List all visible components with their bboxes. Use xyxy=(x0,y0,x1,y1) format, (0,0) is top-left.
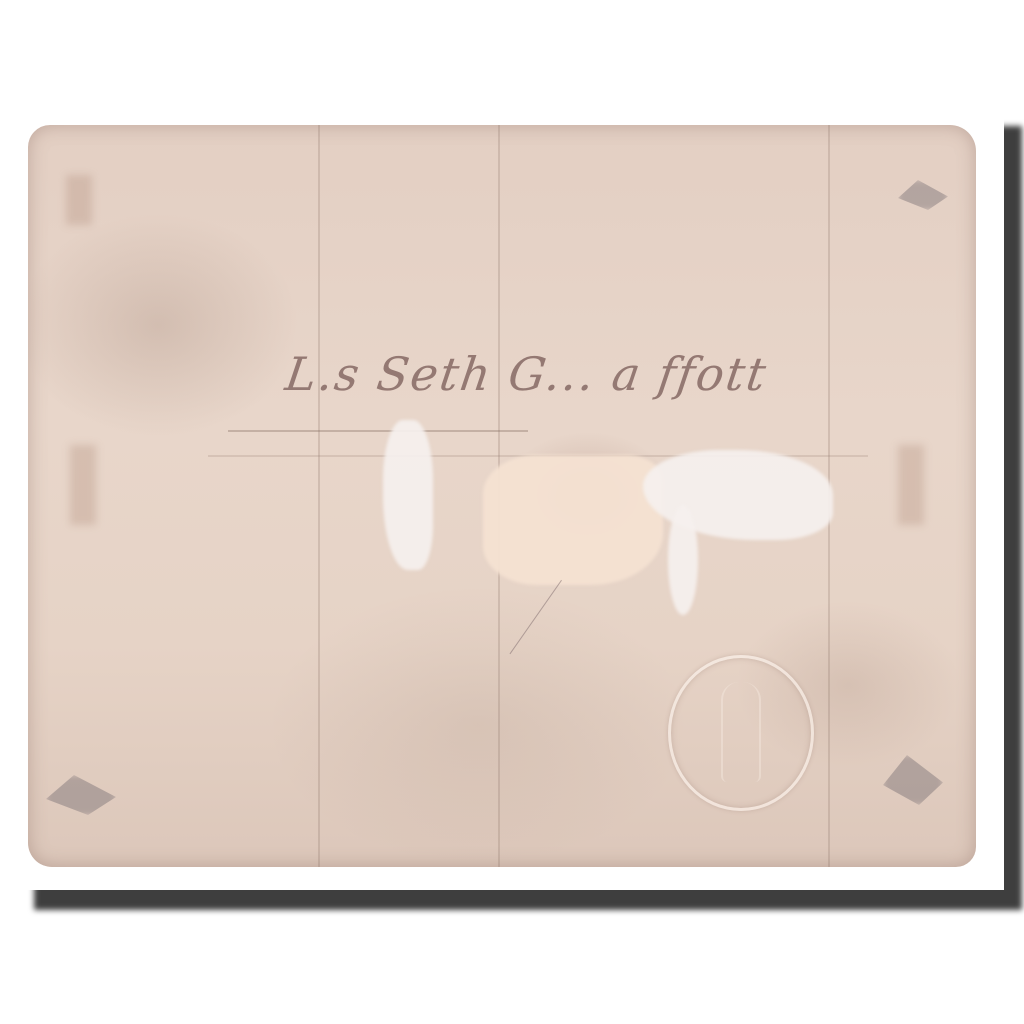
fold-line xyxy=(318,125,320,867)
signature-underline xyxy=(228,430,528,432)
handwritten-signature: L.s Seth G... a ffott xyxy=(282,347,750,401)
corner-stain xyxy=(898,180,948,210)
corner-stain xyxy=(46,775,116,815)
embossed-seal xyxy=(668,655,814,811)
banknote: L.s Seth G... a ffott xyxy=(28,125,976,867)
repair-patch xyxy=(668,505,698,615)
repair-patch xyxy=(383,420,433,570)
edge-stain xyxy=(898,445,924,525)
edge-stain xyxy=(70,445,96,525)
pencil-mark xyxy=(510,580,628,700)
seal-figure-icon xyxy=(721,682,761,782)
corner-stain xyxy=(883,755,943,805)
edge-stain xyxy=(66,175,92,225)
repair-patch xyxy=(483,455,663,585)
